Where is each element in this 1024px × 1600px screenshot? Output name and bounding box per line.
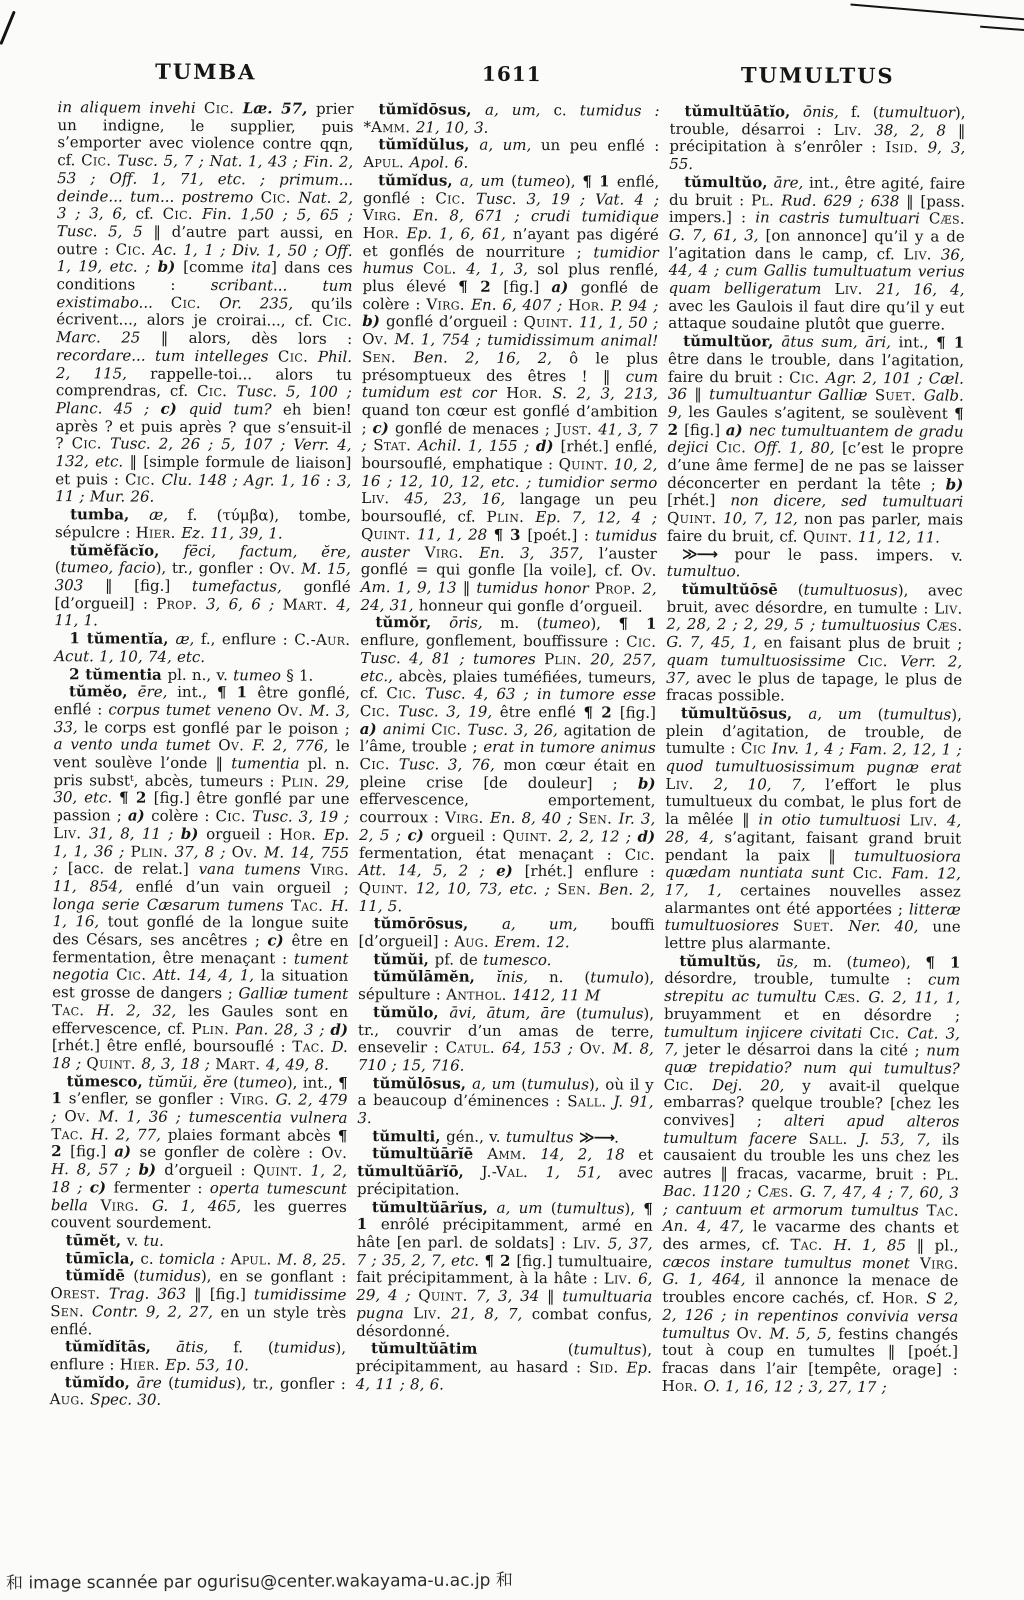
dictionary-entry-tumesco: tŭmesco, tŭmŭi, ĕre (tumeo), int., ¶ 1 s… — [51, 1073, 348, 1234]
dictionary-entry-tumulamen: tŭmŭlāmĕn, ĭnis, n. (tumulo), sépulture … — [358, 968, 654, 1005]
scan-artifact-top-right — [850, 4, 1024, 22]
dictionary-entry-tumiditas: tŭmĭdĭtās, ātis, f. (tumidus), enflure :… — [50, 1338, 346, 1375]
dictionary-entry-tumidus: tŭmĭdus, a, um (tumeo), ¶ 1 enflé, gonfl… — [360, 172, 659, 616]
dictionary-entry-tumultus: tŭmultŭs, ūs, m. (tumeo), ¶ 1 désordre, … — [662, 953, 961, 1397]
dictionary-entry-tumultuor: tŭmultŭor, ātus sum, āri, int., ¶ 1 être… — [667, 333, 964, 547]
dictionary-entry-tumidulus: tŭmĭdŭlus, a, um, un peu enflé : Apul. A… — [363, 136, 659, 173]
header-guideword-right: TUMULTUS — [670, 62, 966, 89]
dictionary-entry-tumultuo: tŭmultŭo, āre, int., être agité, faire d… — [668, 174, 965, 335]
dictionary-entry-tumba: tumba, æ, f. (τύμβα), tombe, sépulcre : … — [55, 506, 351, 543]
column-3: tŭmultŭātĭo, ōnis, f. (tumultuor), troub… — [661, 103, 966, 1565]
cross-reference-note: ≫⟶ pour le pass. impers. v. tumultuo. — [667, 545, 963, 582]
dictionary-entry-tumulosus: tŭmŭlōsus, a, um (tumulus), où il y a be… — [357, 1075, 653, 1130]
text-columns: in aliquem invehi Cic. Læ. 57, prier un … — [0, 99, 1024, 1565]
column-2: tŭmĭdōsus, a, um, c. tumidus : *Amm. 21,… — [355, 101, 660, 1563]
page-number: 1611 — [364, 61, 660, 87]
continuation-paragraph-tum: in aliquem invehi Cic. Læ. 57, prier un … — [55, 99, 353, 508]
scanned-page: TUMBA 1611 TUMULTUS in aliquem invehi Ci… — [0, 0, 1024, 1600]
dictionary-entry-tumeo: tŭmĕo, ēre, int., ¶ 1 être gonflé, enflé… — [52, 683, 350, 1074]
dictionary-entry-tumultuatim: tŭmultŭātim (tumultus), précipitamment, … — [356, 1340, 652, 1395]
scan-artifact-top-right-2 — [980, 26, 1024, 33]
dictionary-entry-tumentia-1: 1 tŭmentĭa, æ, f., enflure : C.-Aur. Acu… — [54, 630, 350, 667]
dictionary-entry-tumultuarie: tŭmultŭārĭē Amm. 14, 2, 18 et tŭmultŭārĭ… — [357, 1145, 653, 1200]
dictionary-entry-tumor: tŭmŏr, ōris, m. (tumeo), ¶ 1 enflure, go… — [359, 614, 657, 917]
dictionary-entry-tumidosus: tŭmĭdōsus, a, um, c. tumidus : *Amm. 21,… — [363, 101, 659, 138]
column-1: in aliquem invehi Cic. Læ. 57, prier un … — [49, 99, 354, 1561]
scan-watermark: 和 image scannée par ogurisu@center.wakay… — [6, 1565, 513, 1593]
dictionary-entry-tumide: tŭmĭdē (tumidus), en se gonflant : Orest… — [50, 1267, 346, 1340]
dictionary-entry-tumido: tŭmĭdo, āre (tumidus), tr., gonfler : Au… — [50, 1374, 346, 1411]
dictionary-entry-tumulo: tŭmŭlo, āvi, ātum, āre (tumulus), tr., c… — [358, 1004, 654, 1077]
scan-artifact-top-left — [0, 11, 16, 45]
dictionary-entry-tumultuatio: tŭmultŭātĭo, ōnis, f. (tumultuor), troub… — [669, 103, 965, 176]
dictionary-entry-tumultuosus: tŭmultŭōsus, a, um (tumultus), plein d’a… — [664, 705, 962, 955]
dictionary-entry-tumefacio: tŭmĕfăcĭo, fēci, factum, ĕre, (tumeo, fa… — [54, 542, 351, 632]
page-header: TUMBA 1611 TUMULTUS — [0, 58, 1024, 89]
dictionary-entry-tumultuose: tŭmultŭōsē (tumultuosus), avec bruit, av… — [666, 581, 963, 707]
dictionary-entry-tumultuarius: tŭmultŭārĭus, a, um (tumultus), ¶ 1 enrô… — [356, 1199, 653, 1342]
header-guideword-left: TUMBA — [58, 58, 354, 85]
dictionary-entry-tumorosus: tŭmōrōsus, a, um, bouffi [d’orgueil] : A… — [358, 915, 654, 952]
